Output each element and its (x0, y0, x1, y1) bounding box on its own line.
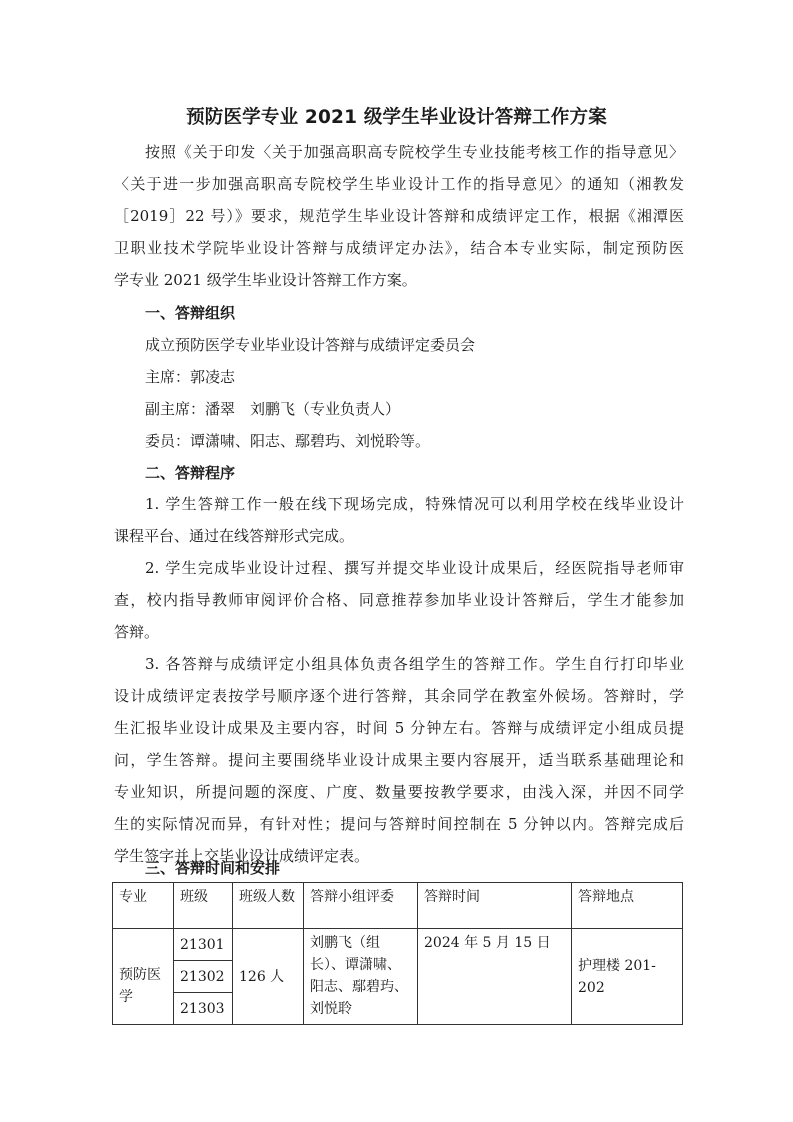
procedure-line: 问，学生答辩。提问主要围绕毕业设计成果主要内容展开，适当联系基础理论和 (114, 750, 684, 770)
procedure-line: 1. 学生答辩工作一般在线下现场完成，特殊情况可以利用学校在线毕业设计 (145, 494, 684, 514)
intro-line: 〈关于进一步加强高职高专院校学生毕业设计工作的指导意见〉的通知（湘教发 (114, 174, 684, 194)
header-cell-panel: 答辩小组评委 (304, 883, 418, 929)
table-header-row: 专业 班级 班级人数 答辩小组评委 答辩时间 答辩地点 (113, 883, 683, 929)
table-row: 预防医学 21301 126 人 刘鹏飞（组长）、谭潇啸、阳志、鄢碧玙、刘悦聆 … (113, 929, 683, 961)
members-text: 委员：谭潇啸、阳志、鄢碧玙、刘悦聆等。 (145, 430, 430, 451)
count-cell: 126 人 (233, 929, 304, 1025)
procedure-line: 答辩。 (114, 622, 684, 642)
class-cell: 21302 (174, 961, 233, 993)
section-heading-schedule: 三、答辩时间和安排 (145, 857, 280, 878)
intro-line: 学专业 2021 级学生毕业设计答辩工作方案。 (114, 270, 684, 290)
procedure-line: 专业知识，所提问题的深度、广度、数量要按教学要求，由浅入深，并因不同学 (114, 782, 684, 802)
header-cell-date: 答辩时间 (418, 883, 572, 929)
header-cell-location: 答辩地点 (572, 883, 683, 929)
chair-text: 主席：郭凌志 (145, 366, 235, 387)
major-cell: 预防医学 (113, 929, 174, 1025)
date-cell: 2024 年 5 月 15 日 (418, 929, 572, 1025)
section-heading-procedure: 二、答辩程序 (145, 462, 235, 483)
procedure-line: 2. 学生完成毕业设计过程、撰写并提交毕业设计成果后，经医院指导老师审 (145, 558, 684, 578)
header-cell-major: 专业 (113, 883, 174, 929)
class-cell: 21303 (174, 993, 233, 1025)
document-title: 预防医学专业 2021 级学生毕业设计答辩工作方案 (0, 103, 793, 129)
intro-line: 按照《关于印发〈关于加强高职高专院校学生专业技能考核工作的指导意见〉 (145, 142, 684, 162)
schedule-table: 专业 班级 班级人数 答辩小组评委 答辩时间 答辩地点 预防医学 21301 1… (112, 882, 683, 1025)
class-cell: 21301 (174, 929, 233, 961)
header-cell-class: 班级 (174, 883, 233, 929)
procedure-line: 生汇报毕业设计成果及主要内容，时间 5 分钟左右。答辩与成绩评定小组成员提 (114, 718, 684, 738)
intro-line: ［2019］22 号）》要求，规范学生毕业设计答辩和成绩评定工作，根据《湘潭医 (114, 206, 684, 226)
procedure-line: 设计成绩评定表按学号顺序逐个进行答辩，其余同学在教室外候场。答辩时，学 (114, 686, 684, 706)
vice-chair-text: 副主席：潘翠 刘鹏飞（专业负责人） (145, 398, 400, 419)
procedure-line: 生的实际情况而异，有针对性；提问与答辩时间控制在 5 分钟以内。答辩完成后 (114, 814, 684, 834)
location-cell: 护理楼 201-202 (572, 929, 683, 1025)
document-page: 预防医学专业 2021 级学生毕业设计答辩工作方案 按照《关于印发〈关于加强高职… (0, 0, 793, 1122)
committee-text: 成立预防医学专业毕业设计答辩与成绩评定委员会 (145, 334, 475, 355)
procedure-line: 课程平台、通过在线答辩形式完成。 (114, 526, 684, 546)
procedure-line: 3. 各答辩与成绩评定小组具体负责各组学生的答辩工作。学生自行打印毕业 (145, 654, 684, 674)
panel-cell: 刘鹏飞（组长）、谭潇啸、阳志、鄢碧玙、刘悦聆 (304, 929, 418, 1025)
procedure-line: 查，校内指导教师审阅评价合格、同意推荐参加毕业设计答辩后，学生才能参加 (114, 590, 684, 610)
intro-line: 卫职业技术学院毕业设计答辩与成绩评定办法》，结合本专业实际，制定预防医 (114, 238, 684, 258)
header-cell-count: 班级人数 (233, 883, 304, 929)
section-heading-organization: 一、答辩组织 (145, 302, 235, 323)
